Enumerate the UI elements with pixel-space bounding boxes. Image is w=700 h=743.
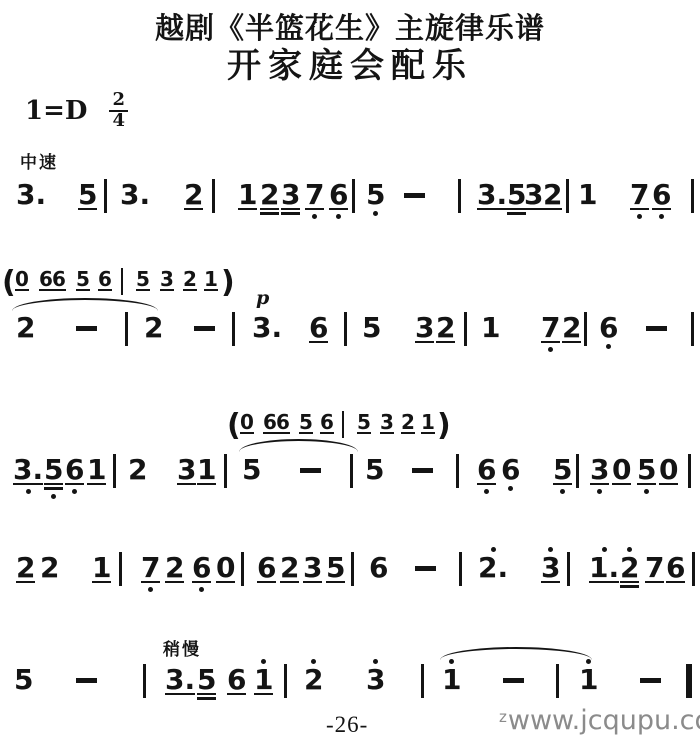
note: 3. [13,457,43,494]
note-digit: 3. [13,457,43,485]
note-digit: 5 [299,413,313,434]
note-digit: 1 [87,457,106,485]
cue-parenthesis: ) [437,411,451,441]
note-digit: 6 [329,182,348,210]
note-digit: 6 [309,315,328,343]
note-digit: 5 [14,667,33,692]
watermark: zwww.jcqupu.com [499,705,700,736]
note-digit: 3 [524,182,543,210]
low-octave-dot [484,489,489,494]
barline [352,179,355,213]
note: 0 [216,555,235,583]
cue-note: 2 [183,270,197,291]
note-digit: 2 [562,315,581,343]
barline [241,552,244,586]
note: 5 [197,667,216,700]
note-digit: 2 [16,555,35,583]
note-digit: 2. [478,555,508,580]
note-digit: 1. [589,555,619,583]
note-digit: 3. [120,182,150,207]
note-digit: 5 [366,182,385,207]
low-octave-dot [312,214,317,219]
note-digit: 2 [260,182,279,210]
note-digit: 3. [477,182,507,210]
duration-dash [503,678,524,683]
duration-dash [76,326,97,331]
barline [464,312,467,346]
note: 5 [362,315,381,340]
barline [113,454,116,488]
note-digit: 1 [92,555,111,583]
low-octave-dot [51,494,56,499]
note-digit: 7 [645,555,664,583]
barline [284,664,287,698]
note-digit: 2 [280,555,299,583]
note-digit: 3 [541,555,560,583]
note-digit: 5 [76,270,90,291]
barline [232,312,235,346]
sixteenth-underline [281,212,300,215]
barline [556,664,559,698]
note: 6 [329,182,348,219]
note: 2 [304,658,323,692]
barline [119,552,122,586]
note-digit: 6 [192,555,211,583]
note-digit: 2 [128,457,147,482]
note-digit: 5 [362,315,381,340]
duration-dash [646,326,667,331]
sheet-music-page: 越剧《半篮花生》主旋律乐谱 开家庭会配乐 1=D 2 4 中速3.53.2123… [0,0,700,743]
note: 5 [242,457,261,482]
note: 7 [141,555,160,592]
cue-parenthesis: ( [2,268,16,298]
low-octave-dot [72,489,77,494]
cue-note: 6 [98,270,112,291]
note: 7 [645,555,664,583]
cue-note: 0 [15,270,29,291]
note: 3 [177,457,196,485]
note: 6 [227,667,246,695]
note: 3 [281,182,300,215]
note-digit: 1 [481,315,500,340]
barline [567,552,570,586]
note: 6 [666,555,685,583]
note-digit: 7 [141,555,160,583]
note-digit: 1 [579,667,598,692]
note-digit: 3 [281,182,300,210]
cue-note: 6 [276,413,290,434]
note: 6 [65,457,84,494]
note: 7 [630,182,649,219]
duration-dash [76,678,97,683]
note: 2 [620,546,639,588]
duration-dash [640,678,661,683]
barline [143,664,146,698]
cue-note: 1 [421,413,435,434]
note: 3. [16,182,46,207]
barline [691,312,694,346]
note-digit: 3. [16,182,46,207]
score-body: 中速3.53.21237653.532176(066565321)p223.65… [0,0,700,743]
note: 3. [120,182,150,207]
sixteenth-underline [44,487,63,490]
tie-arc [239,439,358,454]
note-digit: 0 [612,457,631,485]
note-digit: 6 [227,667,246,695]
note: 6 [652,182,671,219]
note-digit: 5 [197,667,216,695]
note-digit: 1 [578,182,597,207]
note-digit: 6 [666,555,685,583]
note-digit: 3 [415,315,434,343]
cue-note: 3 [380,413,394,434]
note-digit: 1 [254,667,273,695]
note-digit: 2 [401,413,415,434]
note-digit: 3 [366,667,385,692]
barline [224,454,227,488]
note: 0 [612,457,631,485]
note-digit: 6 [320,413,334,434]
barline [344,312,347,346]
note-digit: 6 [263,413,277,434]
low-octave-dot [336,214,341,219]
note-digit: 3 [160,270,174,291]
barline [125,312,128,346]
note-digit: 1 [197,457,216,485]
note: 5 [44,457,63,499]
page-number: -26- [326,712,368,738]
cue-note: 5 [299,413,313,434]
note: 1. [589,546,619,583]
note-digit: 1 [204,270,218,291]
note-digit: 2 [165,555,184,583]
note: 6 [309,315,328,343]
note: 5 [326,555,345,583]
low-octave-dot [373,211,378,216]
barline [566,179,569,213]
cue-barline [121,268,123,295]
note-digit: 2 [304,667,323,692]
cue-note: 2 [401,413,415,434]
note: 1 [579,658,598,692]
note: 1 [92,555,111,583]
note-digit: 5 [78,182,97,210]
note: 2 [40,555,59,580]
note: 2 [280,555,299,583]
note: 6 [501,457,520,491]
note-digit: 3 [590,457,609,485]
note-digit: 6 [39,270,53,291]
note: 2 [543,182,562,210]
note-digit: 2 [144,315,163,340]
note-digit: 5 [357,413,371,434]
note-digit: 6 [257,555,276,583]
note: 5 [366,182,385,216]
note-digit: 2 [183,270,197,291]
note: 6 [477,457,496,494]
note: 6 [599,315,618,349]
sixteenth-underline [260,212,279,215]
note: 5 [553,457,572,494]
note: 2 [436,315,455,343]
note-digit: 3 [177,457,196,485]
duration-dash [412,468,433,473]
note: 1 [87,457,106,485]
cue-note: 1 [204,270,218,291]
sixteenth-underline [507,212,526,215]
note-digit: 2 [436,315,455,343]
note-digit: 0 [240,413,254,434]
note: 1 [578,182,597,207]
note-digit: 0 [15,270,29,291]
note-digit: 5 [553,457,572,485]
note-digit: 5 [365,457,384,482]
barline [584,312,587,346]
note: 7 [305,182,324,219]
duration-dash [415,566,436,571]
note: 2 [16,555,35,583]
low-octave-dot [637,214,642,219]
low-octave-dot [26,489,31,494]
note-digit: 2 [184,182,203,210]
low-octave-dot [644,489,649,494]
note-digit: 5 [326,555,345,583]
note: 5 [365,457,384,482]
note: 3. [252,315,282,340]
note: 3 [541,546,560,583]
barline [212,179,215,213]
low-octave-dot [508,486,513,491]
barline [692,552,695,586]
note-digit: 1 [421,413,435,434]
note-digit: 5 [136,270,150,291]
note: 6 [257,555,276,583]
note: 3 [524,182,543,210]
note: 2. [478,546,508,580]
note-digit: 5 [242,457,261,482]
note: 2 [165,555,184,583]
cue-note: 5 [136,270,150,291]
duration-dash [300,468,321,473]
low-octave-dot [560,489,565,494]
barline [350,454,353,488]
cue-note: 6 [39,270,53,291]
tempo-label: 稍慢 [163,635,201,660]
barline [691,179,694,213]
duration-dash [194,326,215,331]
note: 3 [415,315,434,343]
low-octave-dot [606,344,611,349]
note-digit: 6 [98,270,112,291]
cue-note: 0 [240,413,254,434]
note: 2 [184,182,203,210]
barline [351,552,354,586]
note: 1 [481,315,500,340]
watermark-prefix: z [499,708,507,726]
note: 5 [14,667,33,692]
barline [458,179,461,213]
note: 7 [541,315,560,352]
note-digit: 6 [276,413,290,434]
tempo-label: 中速 [20,148,58,173]
note: 3 [303,555,322,583]
cue-parenthesis: ) [221,268,235,298]
tie-arc [440,647,592,662]
low-octave-dot [659,214,664,219]
note: 1 [442,658,461,692]
note: 3 [590,457,609,494]
note: 2 [260,182,279,215]
note: 6 [192,555,211,592]
cue-note: 3 [160,270,174,291]
note-digit: 3. [252,315,282,340]
note-digit: 7 [305,182,324,210]
cue-note: 6 [52,270,66,291]
note: 2 [144,315,163,340]
note-digit: 0 [659,457,678,485]
cue-note: 5 [357,413,371,434]
cue-note: 5 [76,270,90,291]
note-digit: 2 [543,182,562,210]
note: 1 [254,658,273,695]
note-digit: 1 [442,667,461,692]
note: 3. [477,182,507,210]
note: 3 [366,658,385,692]
barline [421,664,424,698]
note-digit: 6 [652,182,671,210]
cue-barline [342,411,344,438]
note-digit: 6 [599,315,618,340]
note: 1 [197,457,216,485]
note-digit: 7 [541,315,560,343]
sixteenth-underline [197,697,216,700]
note: 5 [637,457,656,494]
note: 5 [78,182,97,210]
dynamic-marking: p [256,287,269,309]
barline [576,454,579,488]
note-digit: 6 [369,555,388,580]
barline [104,179,107,213]
note-digit: 5 [637,457,656,485]
note-digit: 6 [501,457,520,482]
low-octave-dot [597,489,602,494]
note-digit: 0 [216,555,235,583]
note-digit: 3. [165,667,195,695]
note-digit: 5 [44,457,63,485]
note: 2 [562,315,581,343]
note-digit: 6 [65,457,84,485]
barline [459,552,462,586]
cue-note: 6 [263,413,277,434]
duration-dash [404,193,425,198]
low-octave-dot [199,587,204,592]
barline [688,454,691,488]
note-digit: 1 [238,182,257,210]
note: 3. [165,667,195,695]
watermark-url-text: www.jcqupu.com [508,705,700,736]
cue-note: 6 [320,413,334,434]
note: 2 [16,315,35,340]
low-octave-dot [148,587,153,592]
cue-parenthesis: ( [227,411,241,441]
note-digit: 3 [303,555,322,583]
note-digit: 7 [630,182,649,210]
sixteenth-underline [620,585,639,588]
barline [456,454,459,488]
note-digit: 2 [16,315,35,340]
note: 6 [369,555,388,580]
note-digit: 3 [380,413,394,434]
note-digit: 2 [40,555,59,580]
note-digit: 2 [620,555,639,583]
low-octave-dot [548,347,553,352]
note-digit: 6 [477,457,496,485]
note-digit: 6 [52,270,66,291]
final-barline [686,664,692,698]
note: 0 [659,457,678,485]
note: 2 [128,457,147,482]
note: 1 [238,182,257,210]
